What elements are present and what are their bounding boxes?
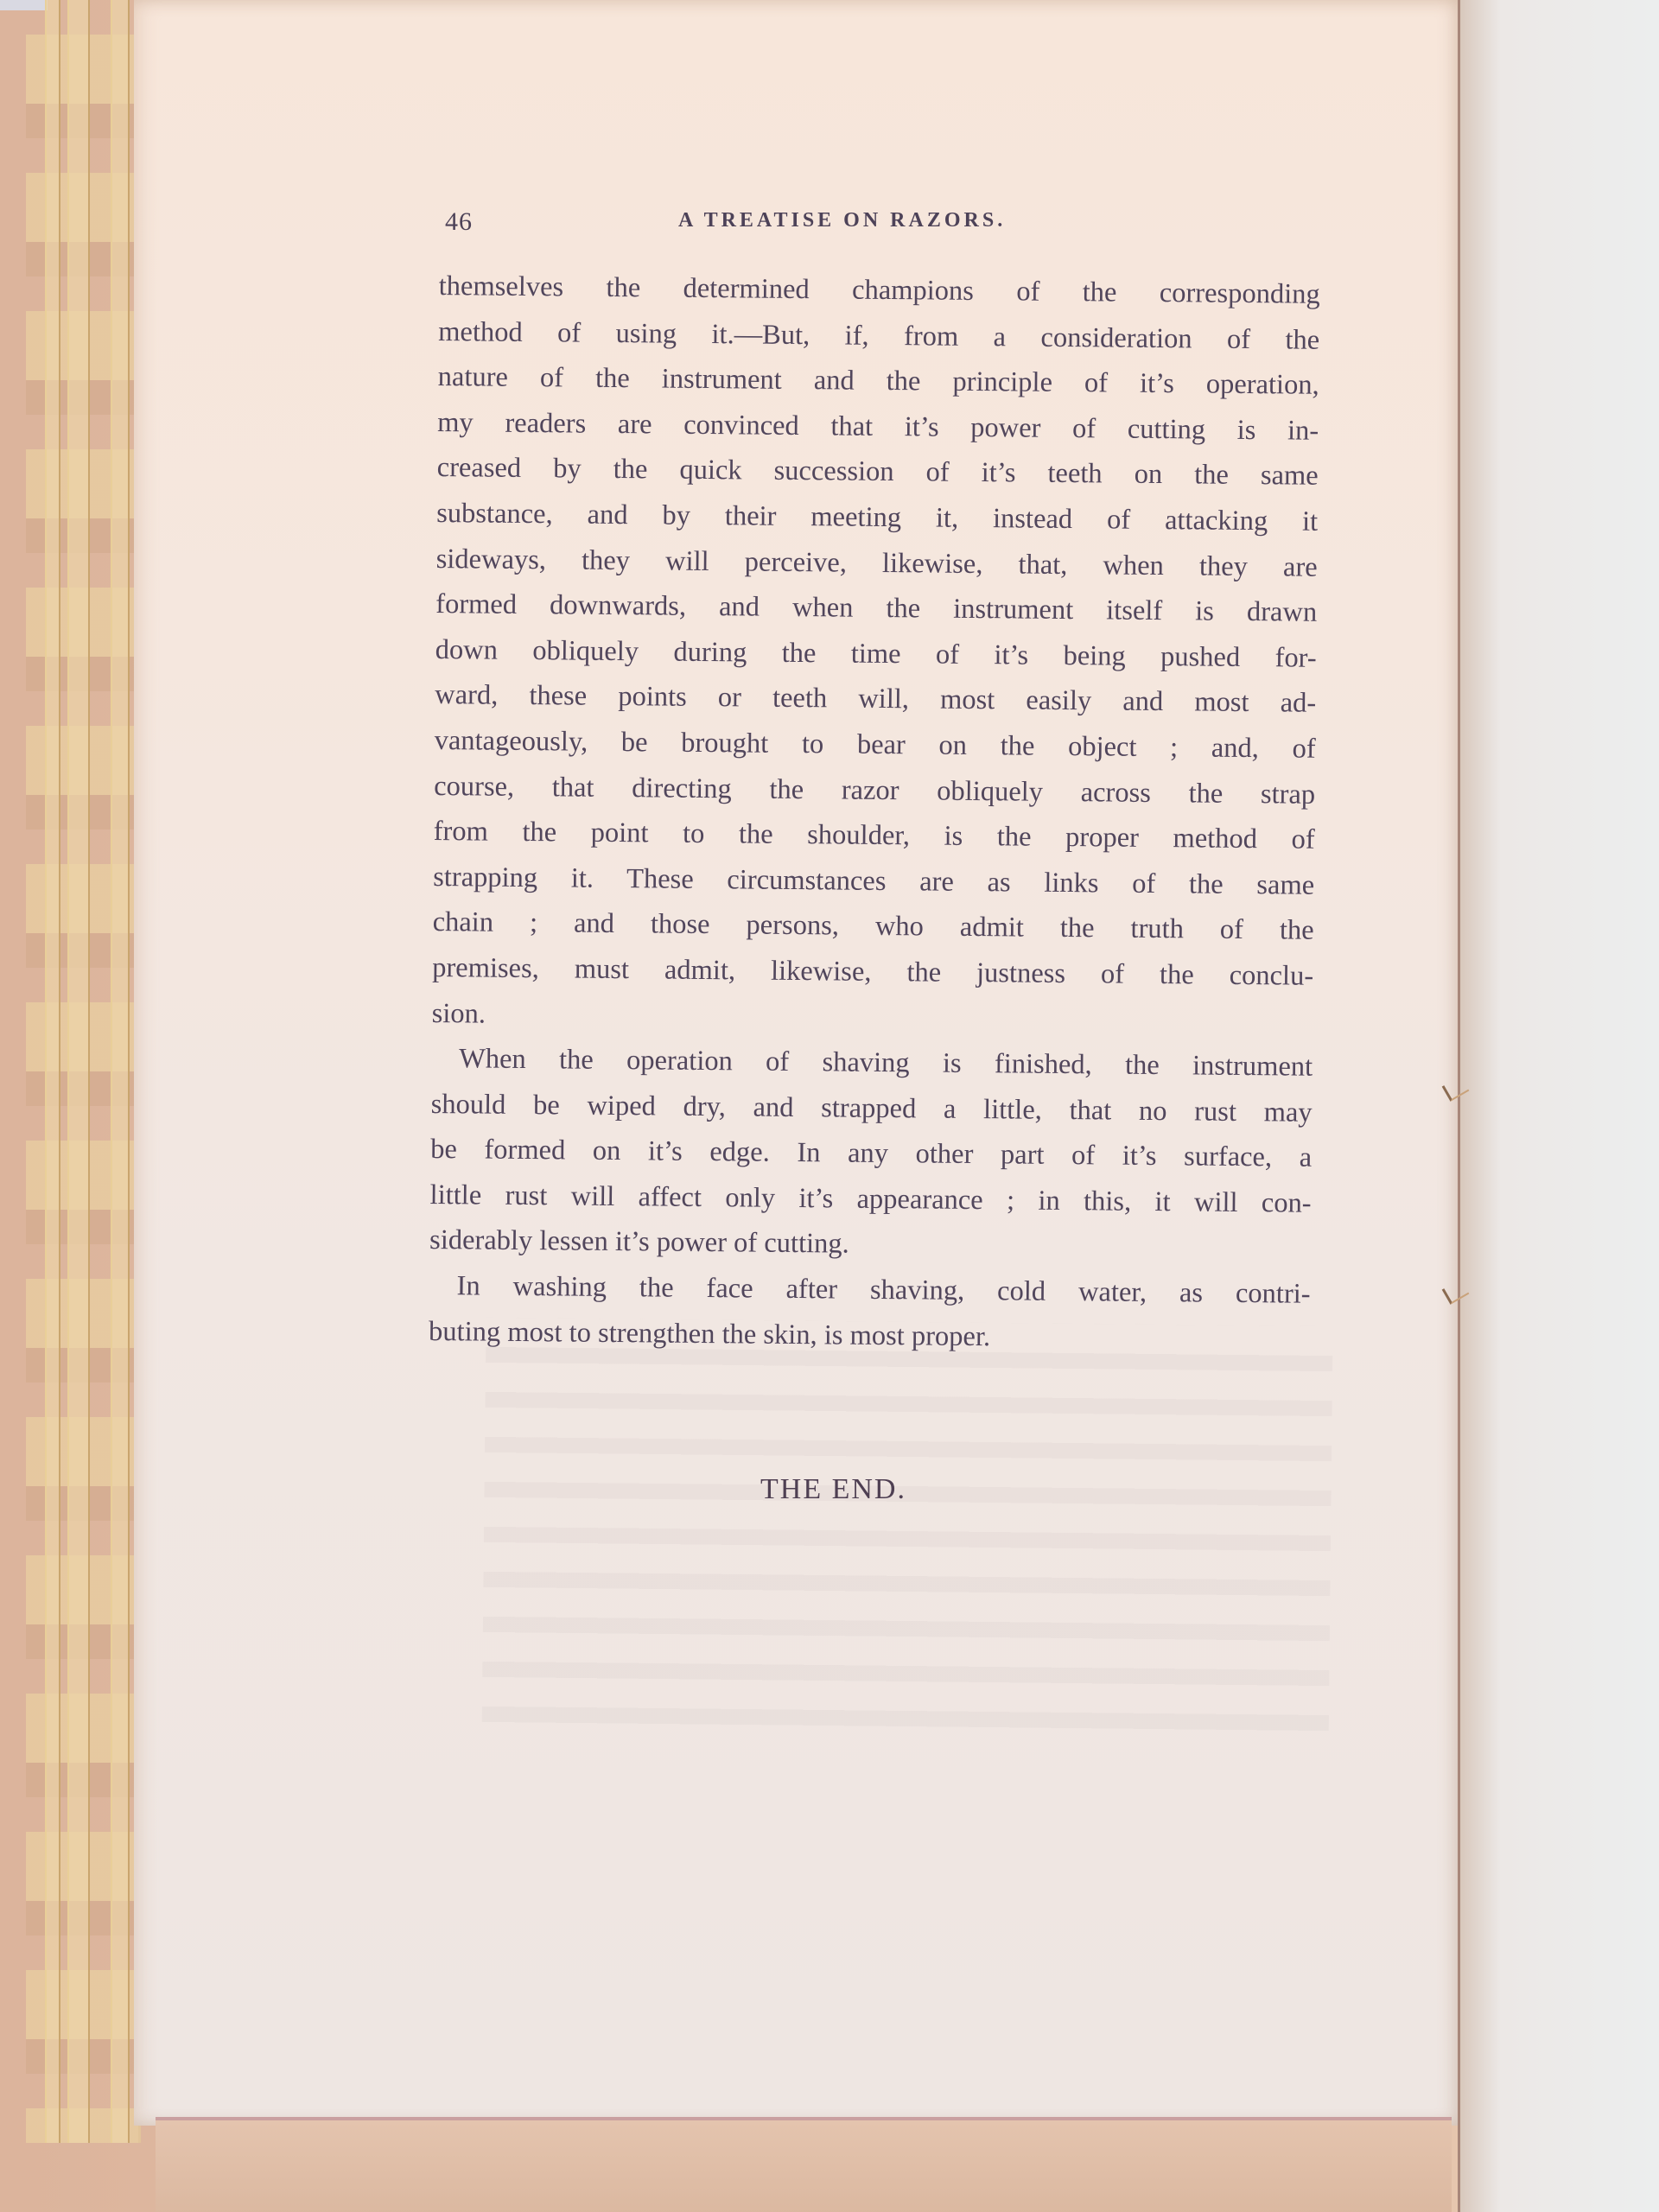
text-line: from the point to the shoulder, is the p…: [433, 809, 1314, 862]
torn-paper-strip: [111, 0, 130, 2143]
text-line: In washing the face after shaving, cold …: [429, 1263, 1310, 1317]
text-line: sion.: [431, 990, 1313, 1044]
text-line: ward, these points or teeth will, most e…: [435, 672, 1316, 726]
text-line: down obliquely during the time of it’s b…: [435, 627, 1316, 681]
running-head: 46 A TREATISE ON RAZORS.: [445, 207, 1326, 242]
paragraph-2: When the operation of shaving is finishe…: [429, 1036, 1313, 1272]
paragraph-1: themselves the determined champions of t…: [431, 264, 1320, 1045]
text-line: be formed on it’s edge. In any other par…: [430, 1127, 1312, 1180]
text-line: sideways, they will perceive, likewise, …: [435, 537, 1317, 590]
text-line: premises, must admit, likewise, the just…: [432, 945, 1313, 999]
adjacent-page-edge: [1458, 0, 1659, 2212]
page-number: 46: [445, 207, 473, 237]
text-line: When the operation of shaving is finishe…: [431, 1036, 1313, 1090]
torn-paper-strip: [45, 0, 60, 2143]
text-line: creased by the quick succession of it’s …: [436, 445, 1318, 499]
text-line: siderably lessen it’s power of cutting.: [429, 1217, 1311, 1271]
the-end-heading: THE END.: [760, 1473, 906, 1506]
text-line: strapping it. These circumstances are as…: [433, 855, 1314, 908]
text-line: course, that directing the razor oblique…: [434, 764, 1315, 817]
text-line: formed downwards, and when the instrumen…: [435, 582, 1317, 635]
text-line: my readers are convinced that it’s power…: [437, 400, 1319, 454]
paragraph-3: In washing the face after shaving, cold …: [429, 1263, 1311, 1363]
text-line: nature of the instrument and the princip…: [437, 354, 1319, 408]
page-bottom-fold: [156, 2117, 1452, 2212]
text-line: chain ; and those persons, who admit the…: [432, 899, 1313, 953]
torn-paper-strip: [67, 0, 90, 2143]
running-title: A TREATISE ON RAZORS.: [678, 209, 1006, 232]
text-line: vantageously, be brought to bear on the …: [434, 718, 1315, 772]
text-line: little rust will affect only it’s appear…: [429, 1173, 1311, 1226]
text-line: substance, and by their meeting it, inst…: [436, 491, 1318, 544]
text-line: themselves the determined champions of t…: [438, 264, 1319, 317]
body-text: themselves the determined champions of t…: [429, 264, 1320, 1363]
show-through-text: [481, 1318, 1332, 1758]
text-line: method of using it.—But, if, from a cons…: [438, 309, 1319, 363]
text-line: should be wiped dry, and strapped a litt…: [430, 1082, 1312, 1135]
text-line: buting most to strengthen the skin, is m…: [429, 1309, 1310, 1363]
